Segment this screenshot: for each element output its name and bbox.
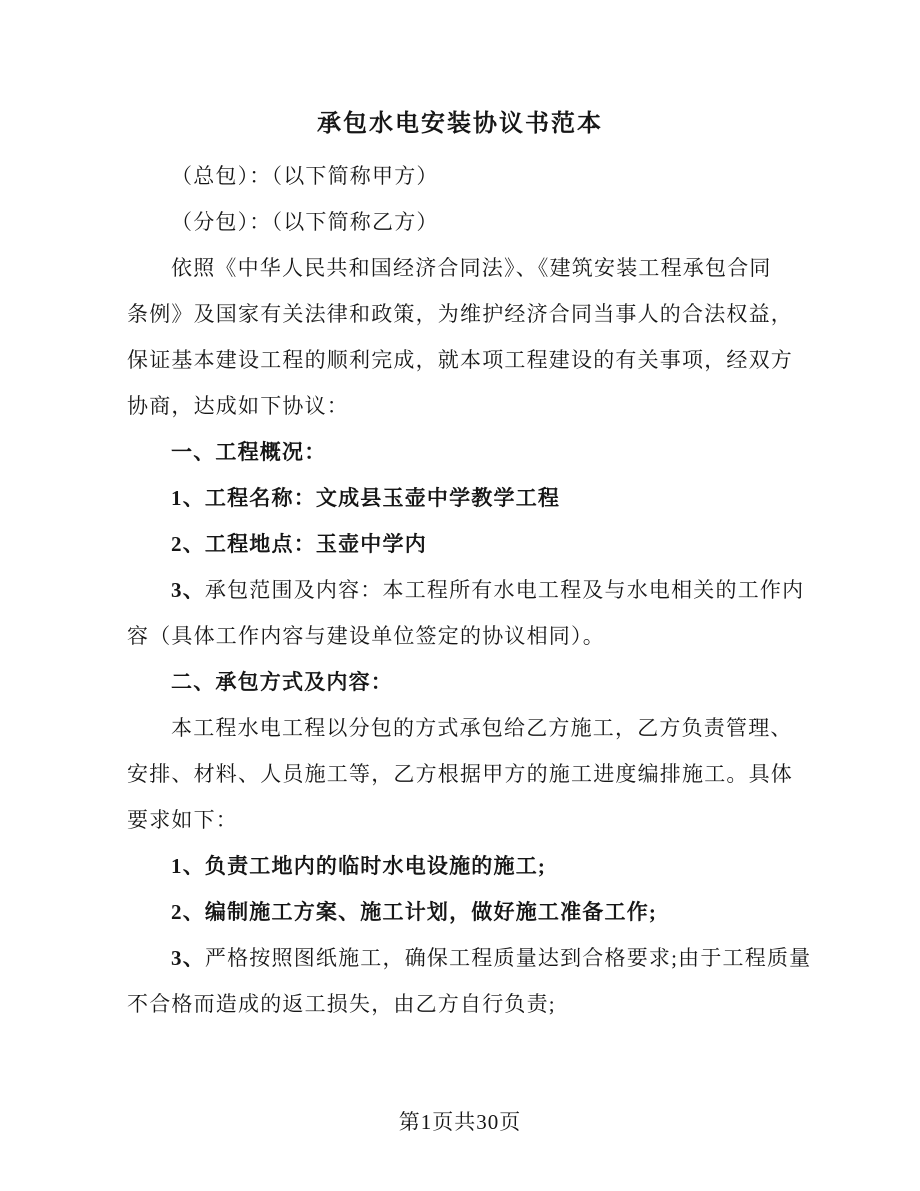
document-line-segment: 协商，达成如下协议： [127,394,349,418]
document-line-segment: 条例》及国家有关法律和政策，为维护经济合同当事人的合法权益， [127,302,793,326]
document-line-segment: 容（具体工作内容与建设单位签定的协议相同）。 [127,624,605,648]
document-line-segment: 二、承包方式及内容： [171,670,393,694]
document-line: 本工程水电工程以分包的方式承包给乙方施工，乙方负责管理、 [127,705,800,751]
page-footer: 第1页共30页 [0,1108,920,1136]
document-line: 保证基本建设工程的顺利完成，就本项工程建设的有关事项，经双方 [127,337,800,383]
document-line: 3、严格按照图纸施工，确保工程质量达到合格要求;由于工程质量 [127,935,800,981]
page-number: 第1页共30页 [399,1110,522,1134]
document-line: 协商，达成如下协议： [127,383,800,429]
document-line: （总包）：（以下简称甲方） [127,153,800,199]
document-line-segment: 保证基本建设工程的顺利完成，就本项工程建设的有关事项，经双方 [127,348,793,372]
document-line-segment: （总包）：（以下简称甲方） [171,164,439,188]
document-line: 不合格而造成的返工损失，由乙方自行负责; [127,981,800,1027]
document-line: 一、工程概况： [127,429,800,475]
document-line-segment: 不合格而造成的返工损失，由乙方自行负责; [127,992,556,1016]
document-line-segment: 1、工程名称：文成县玉壶中学教学工程 [171,486,560,510]
document-line: 1、负责工地内的临时水电设施的施工; [127,843,800,889]
document-line-segment: 安排、材料、人员施工等，乙方根据甲方的施工进度编排施工。具体 [127,762,793,786]
document-line-segment: 要求如下： [127,808,238,832]
document-line-segment: 3、 [171,578,205,602]
document-line-segment: 1、负责工地内的临时水电设施的施工; [171,854,546,878]
document-line: 依照《中华人民共和国经济合同法》、《建筑安装工程承包合同 [127,245,800,291]
document-line: 1、工程名称：文成县玉壶中学教学工程 [127,475,800,521]
document-line-segment: 本工程水电工程以分包的方式承包给乙方施工，乙方负责管理、 [171,716,793,740]
document-line-segment: 依照《中华人民共和国经济合同法》、《建筑安装工程承包合同 [171,256,772,280]
document-line: 安排、材料、人员施工等，乙方根据甲方的施工进度编排施工。具体 [127,751,800,797]
document-line: 容（具体工作内容与建设单位签定的协议相同）。 [127,613,800,659]
document-title: 承包水电安装协议书范本 [0,0,920,145]
document-page: 承包水电安装协议书范本 （总包）：（以下简称甲方）（分包）：（以下简称乙方）依照… [0,0,920,1191]
document-line-segment: （分包）：（以下简称乙方） [171,210,439,234]
document-line-segment: 3、 [171,946,205,970]
document-line-segment: 一、工程概况： [171,440,326,464]
document-line: （分包）：（以下简称乙方） [127,199,800,245]
document-line: 要求如下： [127,797,800,843]
document-body: （总包）：（以下简称甲方）（分包）：（以下简称乙方）依照《中华人民共和国经济合同… [0,153,920,1027]
document-line-segment: 严格按照图纸施工，确保工程质量达到合格要求;由于工程质量 [205,946,811,970]
document-line-segment: 承包范围及内容：本工程所有水电工程及与水电相关的工作内 [205,578,804,602]
document-line: 二、承包方式及内容： [127,659,800,705]
document-line: 2、编制施工方案、施工计划，做好施工准备工作; [127,889,800,935]
document-line-segment: 2、编制施工方案、施工计划，做好施工准备工作; [171,900,657,924]
document-line-segment: 2、工程地点：玉壶中学内 [171,532,427,556]
document-line: 条例》及国家有关法律和政策，为维护经济合同当事人的合法权益， [127,291,800,337]
document-line: 3、承包范围及内容：本工程所有水电工程及与水电相关的工作内 [127,567,800,613]
document-line: 2、工程地点：玉壶中学内 [127,521,800,567]
